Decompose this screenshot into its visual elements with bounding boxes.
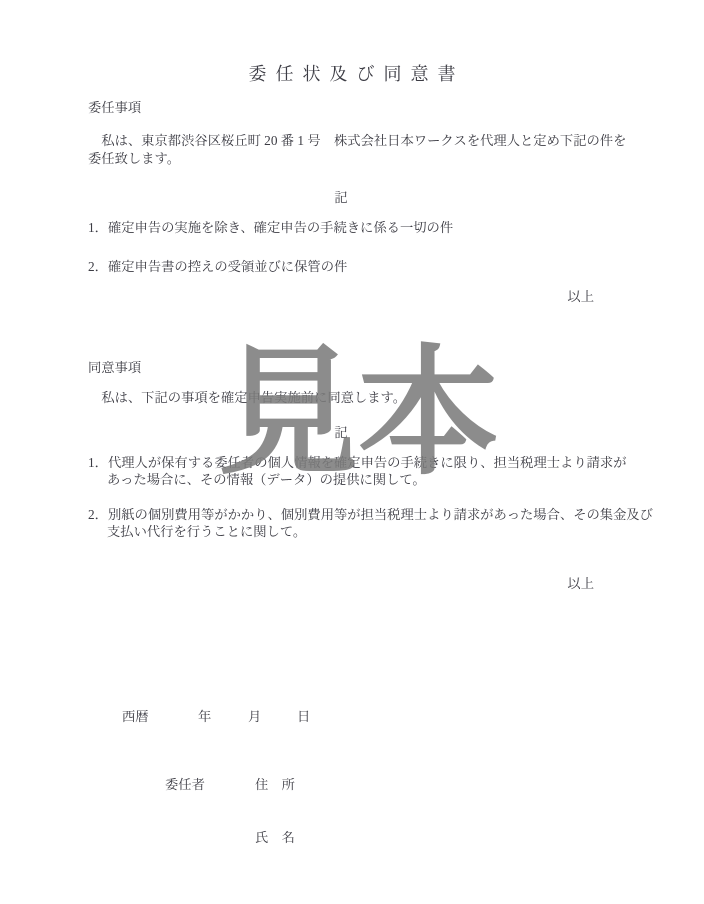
date-year-label: 年 xyxy=(198,706,211,725)
delegation-record-marker: 記 xyxy=(88,187,594,206)
consent-heading: 同意事項 xyxy=(88,357,141,376)
consent-item-1: 1．代理人が保有する委任者の個人情報を確定申告の手続きに限り、担当税理士より請求… xyxy=(88,454,594,488)
document-page: 委任状及び同意書 委任事項 私は、東京都渋谷区桜丘町 20 番 1 号 株式会社… xyxy=(0,0,704,904)
delegation-intro: 私は、東京都渋谷区桜丘町 20 番 1 号 株式会社日本ワークスを代理人と定め下… xyxy=(88,132,594,168)
document-title: 委任状及び同意書 xyxy=(0,60,704,86)
delegator-label: 委任者 xyxy=(165,774,205,793)
consent-item-2-line-2: 支払い代行を行うことに関して。 xyxy=(88,523,594,540)
consent-item-2-line-1: 2．別紙の個別費用等がかかり、個別費用等が担当税理士より請求があった場合、その集… xyxy=(88,506,594,523)
consent-intro: 私は、下記の事項を確定申告実施前に同意します。 xyxy=(88,387,594,406)
delegation-item-2: 2．確定申告書の控えの受領並びに保管の件 xyxy=(88,256,594,275)
consent-closing: 以上 xyxy=(88,573,594,592)
delegation-heading: 委任事項 xyxy=(88,97,141,116)
consent-record-marker: 記 xyxy=(88,422,594,441)
date-era-label: 西暦 xyxy=(122,706,149,725)
delegation-intro-line-2: 委任致します。 xyxy=(88,150,594,168)
address-label: 住 所 xyxy=(255,774,295,793)
date-month-label: 月 xyxy=(248,706,261,725)
consent-item-1-line-2: あった場合に、その情報（データ）の提供に関して。 xyxy=(88,471,594,488)
consent-item-1-line-1: 1．代理人が保有する委任者の個人情報を確定申告の手続きに限り、担当税理士より請求… xyxy=(88,454,594,471)
name-label: 氏 名 xyxy=(255,827,295,846)
consent-item-2: 2．別紙の個別費用等がかかり、個別費用等が担当税理士より請求があった場合、その集… xyxy=(88,506,594,540)
delegation-item-1: 1．確定申告の実施を除き、確定申告の手続きに係る一切の件 xyxy=(88,217,594,236)
delegation-intro-line-1: 私は、東京都渋谷区桜丘町 20 番 1 号 株式会社日本ワークスを代理人と定め下… xyxy=(88,132,594,150)
delegation-closing: 以上 xyxy=(88,286,594,305)
date-day-label: 日 xyxy=(297,706,310,725)
